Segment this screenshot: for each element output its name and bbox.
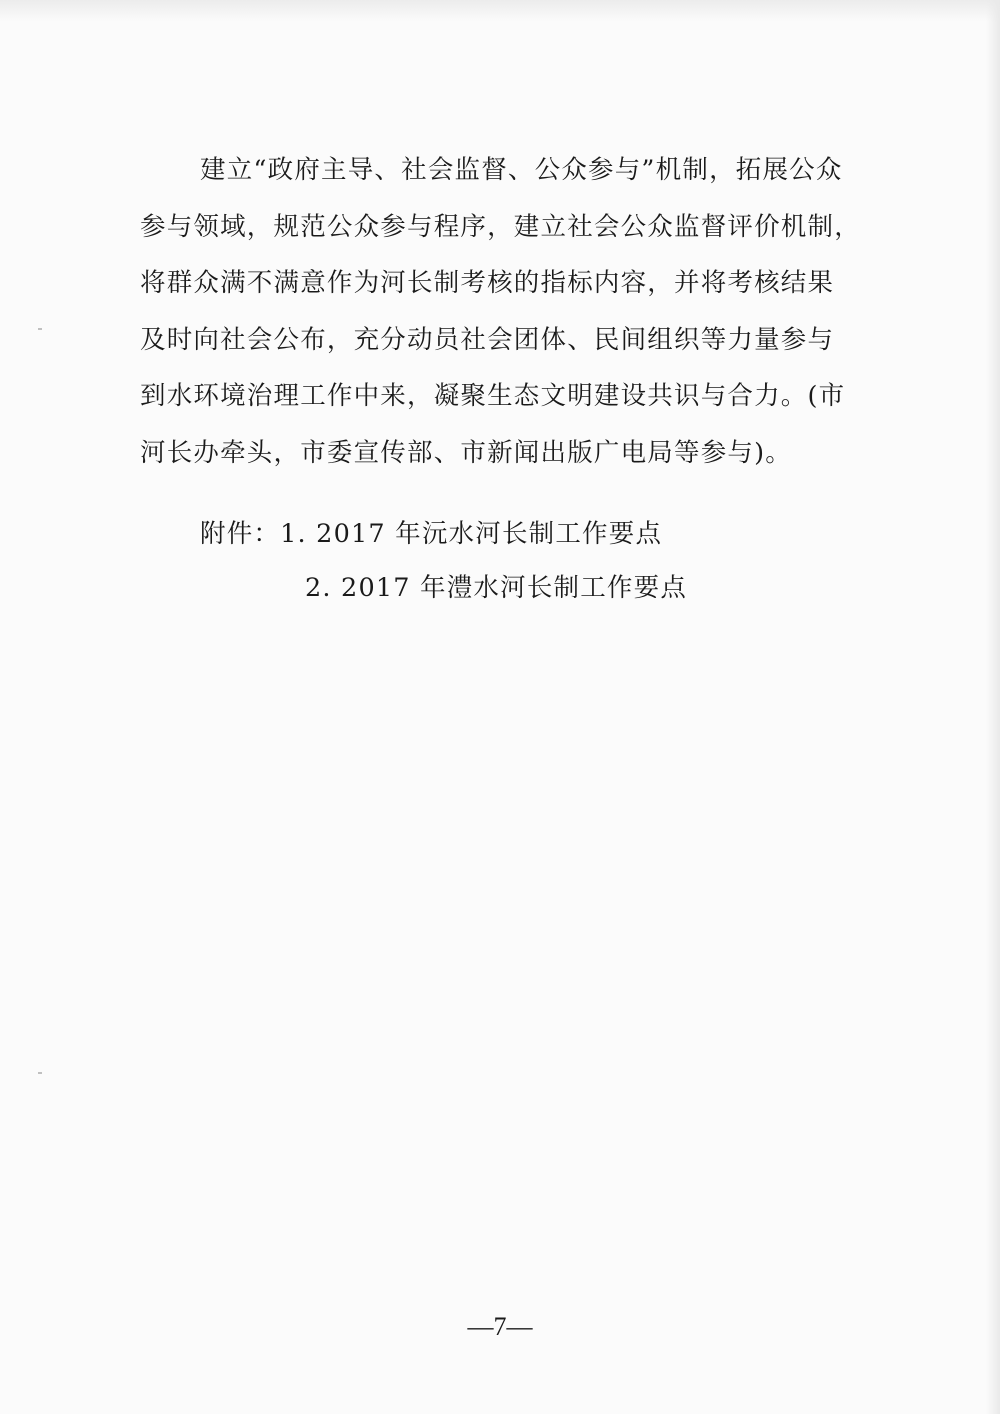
attachment-item: 2. 2017 年澧水河长制工作要点 <box>305 573 687 603</box>
paragraph-line: 到水环境治理工作中来，凝聚生态文明建设共识与合力。(市 <box>140 368 860 425</box>
scan-edge-right <box>986 0 1000 1414</box>
paragraph-line: 将群众满不满意作为河长制考核的指标内容，并将考核结果 <box>140 255 860 312</box>
attachments-label: 附件： <box>200 519 280 549</box>
scan-speck <box>38 1072 42 1074</box>
page-number: —7— <box>0 1312 1000 1342</box>
body-paragraph: 建立“政府主导、社会监督、公众参与”机制，拓展公众 参与领域，规范公众参与程序，… <box>140 142 860 481</box>
scan-speck <box>38 328 42 330</box>
attachment-row-1: 附件：1. 2017 年沅水河长制工作要点 <box>200 507 687 561</box>
paragraph-line: 河长办牵头，市委宣传部、市新闻出版广电局等参与)。 <box>140 425 860 482</box>
attachments-list: 附件：1. 2017 年沅水河长制工作要点 2. 2017 年澧水河长制工作要点 <box>200 507 687 615</box>
paragraph-line: 参与领域，规范公众参与程序，建立社会公众监督评价机制， <box>140 199 860 256</box>
paragraph-line: 及时向社会公布，充分动员社会团体、民间组织等力量参与 <box>140 312 860 369</box>
attachment-row-2: 2. 2017 年澧水河长制工作要点 <box>200 561 687 615</box>
paragraph-line: 建立“政府主导、社会监督、公众参与”机制，拓展公众 <box>140 142 860 199</box>
scan-edge-top <box>0 0 1000 22</box>
attachment-item: 1. 2017 年沅水河长制工作要点 <box>280 519 662 549</box>
